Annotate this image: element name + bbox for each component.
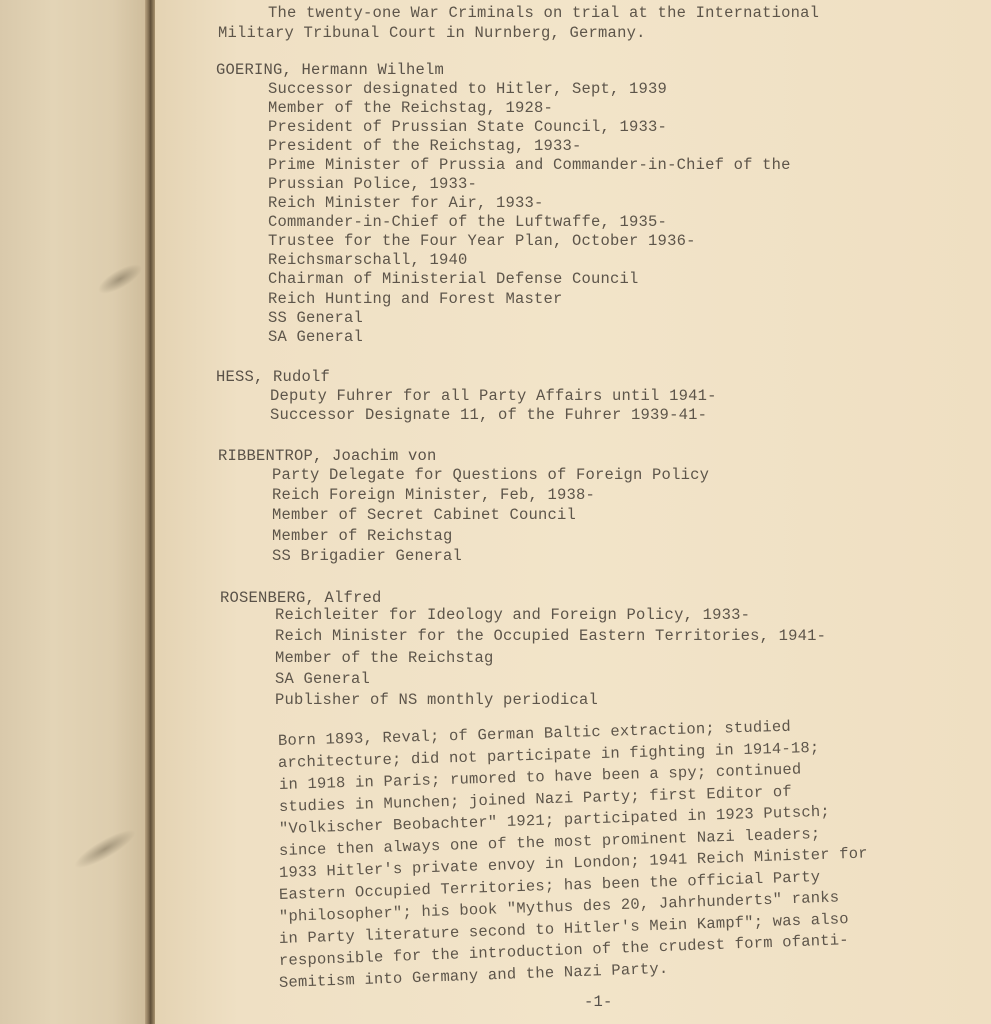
position-line: Member of Secret Cabinet Council	[272, 506, 576, 524]
position-line: Member of Reichstag	[272, 527, 453, 545]
defendant-name: GOERING, Hermann Wilhelm	[216, 61, 444, 79]
position-line: President of the Reichstag, 1933-	[268, 137, 582, 155]
position-line: Reichleiter for Ideology and Foreign Pol…	[275, 606, 750, 624]
position-line: SA General	[268, 328, 363, 346]
position-line: SS General	[268, 309, 363, 327]
position-line: Reich Minister for the Occupied Eastern …	[275, 627, 826, 645]
position-line: Reich Hunting and Forest Master	[268, 290, 563, 308]
position-line: Trustee for the Four Year Plan, October …	[268, 232, 696, 250]
position-line: Reichsmarschall, 1940	[268, 251, 468, 269]
position-line: Prime Minister of Prussia and Commander-…	[268, 156, 791, 174]
defendant-name: ROSENBERG, Alfred	[220, 589, 382, 607]
position-line: Member of the Reichstag	[275, 649, 494, 667]
position-line: Deputy Fuhrer for all Party Affairs unti…	[270, 387, 717, 405]
position-line: Member of the Reichstag, 1928-	[268, 99, 553, 117]
position-line: President of Prussian State Council, 193…	[268, 118, 667, 136]
position-line: Successor designated to Hitler, Sept, 19…	[268, 80, 667, 98]
position-line: Successor Designate 11, of the Fuhrer 19…	[270, 406, 707, 424]
typed-document: The twenty-one War Criminals on trial at…	[0, 0, 991, 1024]
position-line: Commander-in-Chief of the Luftwaffe, 193…	[268, 213, 667, 231]
position-line: Reich Minister for Air, 1933-	[268, 194, 544, 212]
intro-line: The twenty-one War Criminals on trial at…	[268, 4, 819, 22]
defendant-name: HESS, Rudolf	[216, 368, 330, 386]
intro-line: Military Tribunal Court in Nurnberg, Ger…	[218, 24, 646, 42]
position-line: Publisher of NS monthly periodical	[275, 691, 598, 709]
page-number: -1-	[584, 993, 613, 1011]
position-line: Party Delegate for Questions of Foreign …	[272, 466, 709, 484]
position-line: Chairman of Ministerial Defense Council	[268, 270, 639, 288]
defendant-name: RIBBENTROP, Joachim von	[218, 447, 437, 465]
position-line: Prussian Police, 1933-	[268, 175, 477, 193]
position-line: SS Brigadier General	[272, 547, 462, 565]
position-line: SA General	[275, 670, 370, 688]
position-line: Reich Foreign Minister, Feb, 1938-	[272, 486, 595, 504]
